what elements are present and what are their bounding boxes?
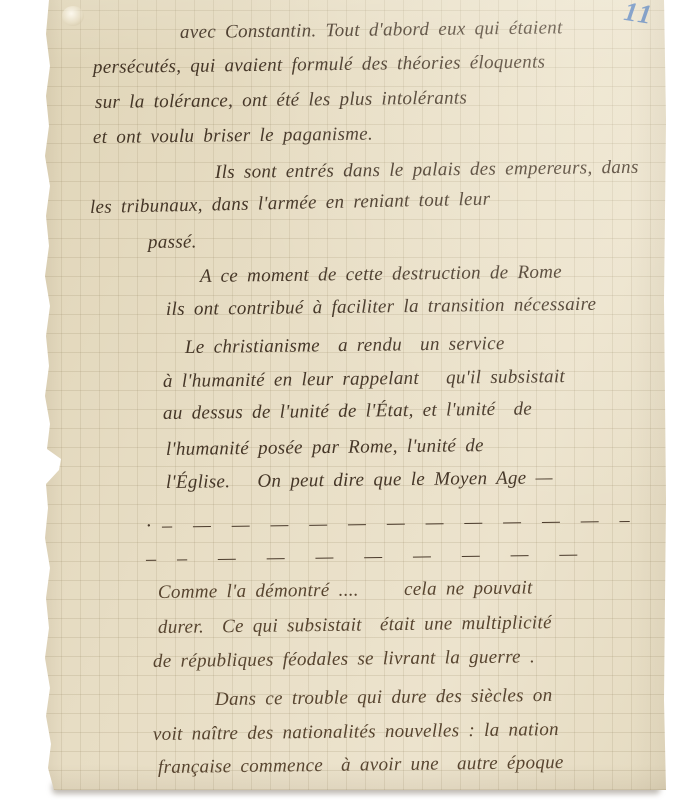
handwritten-line: persécutés, qui avaient formulé des théo… — [93, 51, 546, 78]
handwritten-line: Dans ce trouble qui dure des siècles on — [215, 685, 553, 711]
handwritten-line: l'Église. On peut dire que le Moyen Age … — [166, 467, 553, 494]
handwritten-line: au dessus de l'unité de l'État, et l'uni… — [163, 398, 532, 424]
scanned-manuscript-page: 11 avec Constantin. Tout d'abord eux qui… — [0, 0, 700, 800]
handwritten-line: les tribunaux, dans l'armée en reniant t… — [90, 189, 491, 219]
handwritten-line: avec Constantin. Tout d'abord eux qui ét… — [180, 17, 563, 44]
dashed-rule: · – — — — — — — — — — — — – — [146, 509, 631, 538]
handwritten-line: française commence à avoir une autre épo… — [158, 752, 564, 779]
handwritten-line: l'humanité posée par Rome, l'unité de — [166, 435, 484, 461]
handwritten-line: sur la tolérance, ont été les plus intol… — [95, 87, 467, 113]
handwritten-line: Le christianisme a rendu un service — [185, 333, 505, 359]
handwritten-line: voit naître des nationalités nouvelles :… — [153, 719, 559, 746]
handwritten-line: à l'humanité en leur rappelant qu'il sub… — [163, 366, 565, 393]
handwritten-line: et ont voulu briser le paganisme. — [93, 124, 373, 149]
handwritten-line: Ils sont entrés dans le palais des emper… — [215, 157, 639, 184]
handwritten-line: ils ont contribué à faciliter la transit… — [166, 294, 597, 321]
handwritten-line: Comme l'a démontré .... cela ne pouvait — [158, 577, 533, 603]
page-number: 11 — [622, 0, 656, 31]
dashed-rule: – – — — — — — — — — — [146, 543, 579, 571]
handwritten-line: A ce moment de cette destruction de Rome — [200, 262, 562, 288]
handwritten-line: passé. — [148, 231, 197, 253]
handwritten-line: de républiques féodales se livrant la gu… — [153, 646, 535, 673]
paper-blemish — [62, 6, 84, 26]
handwritten-line: durer. Ce qui subsistait était une multi… — [158, 612, 552, 639]
manuscript-sheet: 11 avec Constantin. Tout d'abord eux qui… — [42, 0, 667, 790]
